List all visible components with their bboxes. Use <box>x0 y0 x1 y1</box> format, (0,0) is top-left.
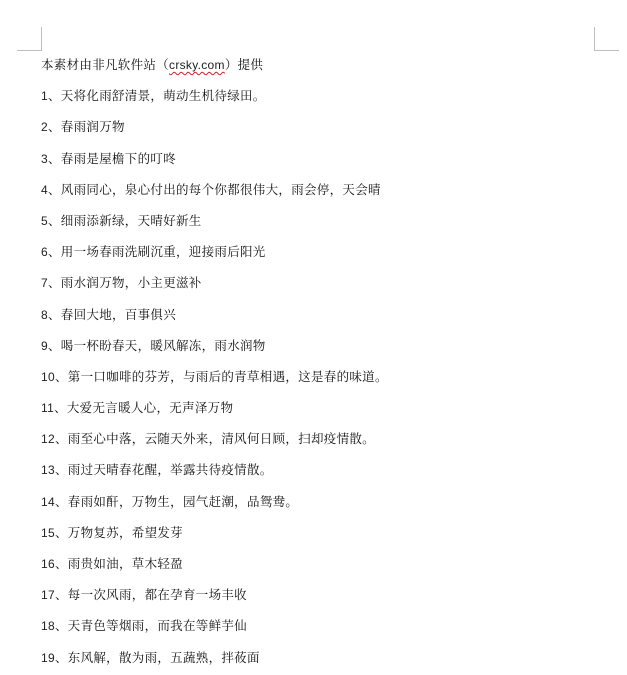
item-text: 雨水润万物，小主更滋补 <box>61 275 202 290</box>
item-text: 春雨是屋檐下的叮咚 <box>61 151 176 166</box>
list-item: 17、每一次风雨，都在孕育一场丰收 <box>41 586 601 617</box>
margin-corner-right-vertical <box>594 27 595 51</box>
item-number: 7 <box>41 276 48 290</box>
list-item: 15、万物复苏，希望发芽 <box>41 524 601 555</box>
item-number: 15 <box>41 526 55 540</box>
item-separator: 、 <box>55 462 68 477</box>
item-separator: 、 <box>48 275 61 290</box>
document-body[interactable]: 本素材由非凡软件站（crsky.com）提供 1、天将化雨舒清景，萌动生机待绿田… <box>41 56 601 675</box>
item-text: 天青色等烟雨，而我在等鲜芋仙 <box>68 618 247 633</box>
item-text: 雨至心中落，云随天外来，清风何日顾，扫却疫情散。 <box>68 431 375 446</box>
margin-corner-right-horizontal <box>594 50 619 51</box>
item-text: 春雨润万物 <box>61 119 125 134</box>
list-item: 19、东风解，散为雨，五蔬熟，拌莜面 <box>41 649 601 675</box>
item-separator: 、 <box>48 244 61 259</box>
item-separator: 、 <box>48 151 61 166</box>
list-item: 14、春雨如酐，万物生，园气赶潮，品鸳鸯。 <box>41 493 601 524</box>
list-item: 2、春雨润万物 <box>41 118 601 149</box>
item-text: 天将化雨舒清景，萌动生机待绿田。 <box>61 88 266 103</box>
item-text: 风雨同心，泉心付出的每个你都很伟大，雨会停，天会晴 <box>61 182 381 197</box>
item-separator: 、 <box>55 618 68 633</box>
title-suffix: ）提供 <box>225 57 263 72</box>
item-separator: 、 <box>48 182 61 197</box>
item-number: 10 <box>41 370 55 384</box>
item-separator: 、 <box>54 400 67 415</box>
item-number: 2 <box>41 120 48 134</box>
item-text: 春回大地，百事俱兴 <box>61 307 176 322</box>
item-number: 16 <box>41 557 55 571</box>
item-number: 13 <box>41 463 55 477</box>
item-number: 19 <box>41 651 55 665</box>
item-text: 大爱无言暖人心，无声泽万物 <box>67 400 233 415</box>
list-item: 10、第一口咖啡的芬芳，与雨后的青草相遇，这是春的味道。 <box>41 368 601 399</box>
item-number: 8 <box>41 308 48 322</box>
item-number: 4 <box>41 183 48 197</box>
margin-corner-left-horizontal <box>17 50 42 51</box>
item-text: 用一场春雨洗刷沉重，迎接雨后阳光 <box>61 244 266 259</box>
item-number: 9 <box>41 339 48 353</box>
slogan-list: 1、天将化雨舒清景，萌动生机待绿田。2、春雨润万物3、春雨是屋檐下的叮咚4、风雨… <box>41 87 601 675</box>
item-number: 6 <box>41 245 48 259</box>
item-separator: 、 <box>48 88 61 103</box>
item-separator: 、 <box>55 587 68 602</box>
list-item: 6、用一场春雨洗刷沉重，迎接雨后阳光 <box>41 243 601 274</box>
item-number: 1 <box>41 89 48 103</box>
margin-corner-left-vertical <box>41 27 42 51</box>
item-text: 喝一杯盼春天，暖风解冻，雨水润物 <box>61 338 266 353</box>
item-text: 细雨添新绿，天晴好新生 <box>61 213 202 228</box>
item-separator: 、 <box>55 650 68 665</box>
item-separator: 、 <box>48 119 61 134</box>
item-text: 雨贵如油，草木轻盈 <box>68 556 183 571</box>
item-text: 春雨如酐，万物生，园气赶潮，品鸳鸯。 <box>68 494 298 509</box>
list-item: 16、雨贵如油，草木轻盈 <box>41 555 601 586</box>
list-item: 9、喝一杯盼春天，暖风解冻，雨水润物 <box>41 337 601 368</box>
list-item: 1、天将化雨舒清景，萌动生机待绿田。 <box>41 87 601 118</box>
item-text: 万物复苏，希望发芽 <box>68 525 183 540</box>
item-number: 12 <box>41 432 55 446</box>
list-item: 4、风雨同心，泉心付出的每个你都很伟大，雨会停，天会晴 <box>41 181 601 212</box>
item-text: 雨过天晴春花醒，举露共待疫情散。 <box>68 462 273 477</box>
item-number: 14 <box>41 495 55 509</box>
item-number: 3 <box>41 152 48 166</box>
document-title: 本素材由非凡软件站（crsky.com）提供 <box>41 56 601 87</box>
list-item: 12、雨至心中落，云随天外来，清风何日顾，扫却疫情散。 <box>41 430 601 461</box>
list-item: 11、大爱无言暖人心，无声泽万物 <box>41 399 601 430</box>
list-item: 5、细雨添新绿，天晴好新生 <box>41 212 601 243</box>
item-separator: 、 <box>55 556 68 571</box>
item-text: 第一口咖啡的芬芳，与雨后的青草相遇，这是春的味道。 <box>68 369 388 384</box>
item-number: 18 <box>41 619 55 633</box>
item-text: 每一次风雨，都在孕育一场丰收 <box>68 587 247 602</box>
item-separator: 、 <box>48 338 61 353</box>
item-text: 东风解，散为雨，五蔬熟，拌莜面 <box>68 650 260 665</box>
item-number: 11 <box>41 401 54 415</box>
list-item: 3、春雨是屋檐下的叮咚 <box>41 150 601 181</box>
item-separator: 、 <box>48 307 61 322</box>
item-separator: 、 <box>48 213 61 228</box>
list-item: 13、雨过天晴春花醒，举露共待疫情散。 <box>41 461 601 492</box>
item-separator: 、 <box>55 431 68 446</box>
title-link: crsky.com <box>169 58 225 72</box>
list-item: 18、天青色等烟雨，而我在等鲜芋仙 <box>41 617 601 648</box>
item-separator: 、 <box>55 494 68 509</box>
item-separator: 、 <box>55 369 68 384</box>
list-item: 8、春回大地，百事俱兴 <box>41 306 601 337</box>
item-number: 17 <box>41 588 55 602</box>
list-item: 7、雨水润万物，小主更滋补 <box>41 274 601 305</box>
item-number: 5 <box>41 214 48 228</box>
title-prefix: 本素材由非凡软件站（ <box>41 57 169 72</box>
item-separator: 、 <box>55 525 68 540</box>
